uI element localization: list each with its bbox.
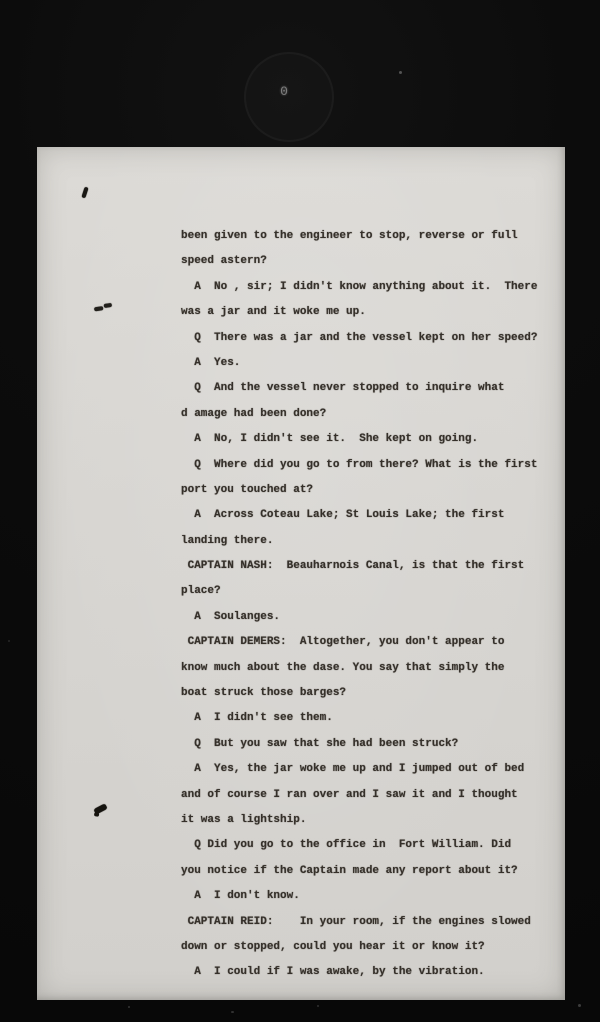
text-line: you notice if the Captain made any repor… xyxy=(181,859,553,884)
text-line: Q And the vessel never stopped to inquir… xyxy=(181,376,553,401)
text-line: been given to the engineer to stop, reve… xyxy=(181,224,553,249)
text-line: Q Did you go to the office in Fort Willi… xyxy=(181,833,553,858)
dust-speck xyxy=(578,1004,581,1007)
text-line: speed astern? xyxy=(181,249,553,274)
text-line: and of course I ran over and I saw it an… xyxy=(181,783,553,808)
ink-tick-mark xyxy=(81,187,88,199)
text-line: A Soulanges. xyxy=(181,605,553,630)
microfilm-scan-background: 0 been given to the engineer to stop, re… xyxy=(0,0,600,1022)
text-line: A No , sir; I didn't know anything about… xyxy=(181,275,553,300)
dust-speck xyxy=(317,1005,319,1007)
text-line: Q Where did you go to from there? What i… xyxy=(181,453,553,478)
text-line: A Yes, the jar woke me up and I jumped o… xyxy=(181,757,553,782)
text-line: it was a lightship. xyxy=(181,808,553,833)
text-line: boat struck those barges? xyxy=(181,681,553,706)
text-line: Q There was a jar and the vessel kept on… xyxy=(181,326,553,351)
text-line: d amage had been done? xyxy=(181,402,553,427)
dust-speck xyxy=(231,1011,234,1013)
text-line: CAPTAIN NASH: Beauharnois Canal, is that… xyxy=(181,554,553,579)
text-line: Q But you saw that she had been struck? xyxy=(181,732,553,757)
text-line: CAPTAIN REID: In your room, if the engin… xyxy=(181,910,553,935)
ink-comma-mark xyxy=(93,803,107,814)
text-line: A I could if I was awake, by the vibrati… xyxy=(181,960,553,985)
text-line: A I don't know. xyxy=(181,884,553,909)
text-line: A Across Coteau Lake; St Louis Lake; the… xyxy=(181,503,553,528)
text-line: CAPTAIN DEMERS: Altogether, you don't ap… xyxy=(181,630,553,655)
text-line: A No, I didn't see it. She kept on going… xyxy=(181,427,553,452)
document-page: been given to the engineer to stop, reve… xyxy=(37,147,565,1000)
text-line: port you touched at? xyxy=(181,478,553,503)
ink-dash-segment xyxy=(104,303,112,308)
film-frame-digit: 0 xyxy=(277,85,291,99)
text-line: was a jar and it woke me up. xyxy=(181,300,553,325)
dust-speck xyxy=(8,640,10,642)
text-line: landing there. xyxy=(181,529,553,554)
text-line: A I didn't see them. xyxy=(181,706,553,731)
dust-speck xyxy=(399,71,402,74)
text-line: A Yes. xyxy=(181,351,553,376)
text-line: place? xyxy=(181,579,553,604)
dust-speck xyxy=(128,1006,130,1008)
transcript-text: been given to the engineer to stop, reve… xyxy=(181,224,553,986)
text-line: know much about the dase. You say that s… xyxy=(181,656,553,681)
text-line: down or stopped, could you hear it or kn… xyxy=(181,935,553,960)
ink-dash-mark xyxy=(94,302,115,313)
ink-dash-segment xyxy=(94,306,103,311)
